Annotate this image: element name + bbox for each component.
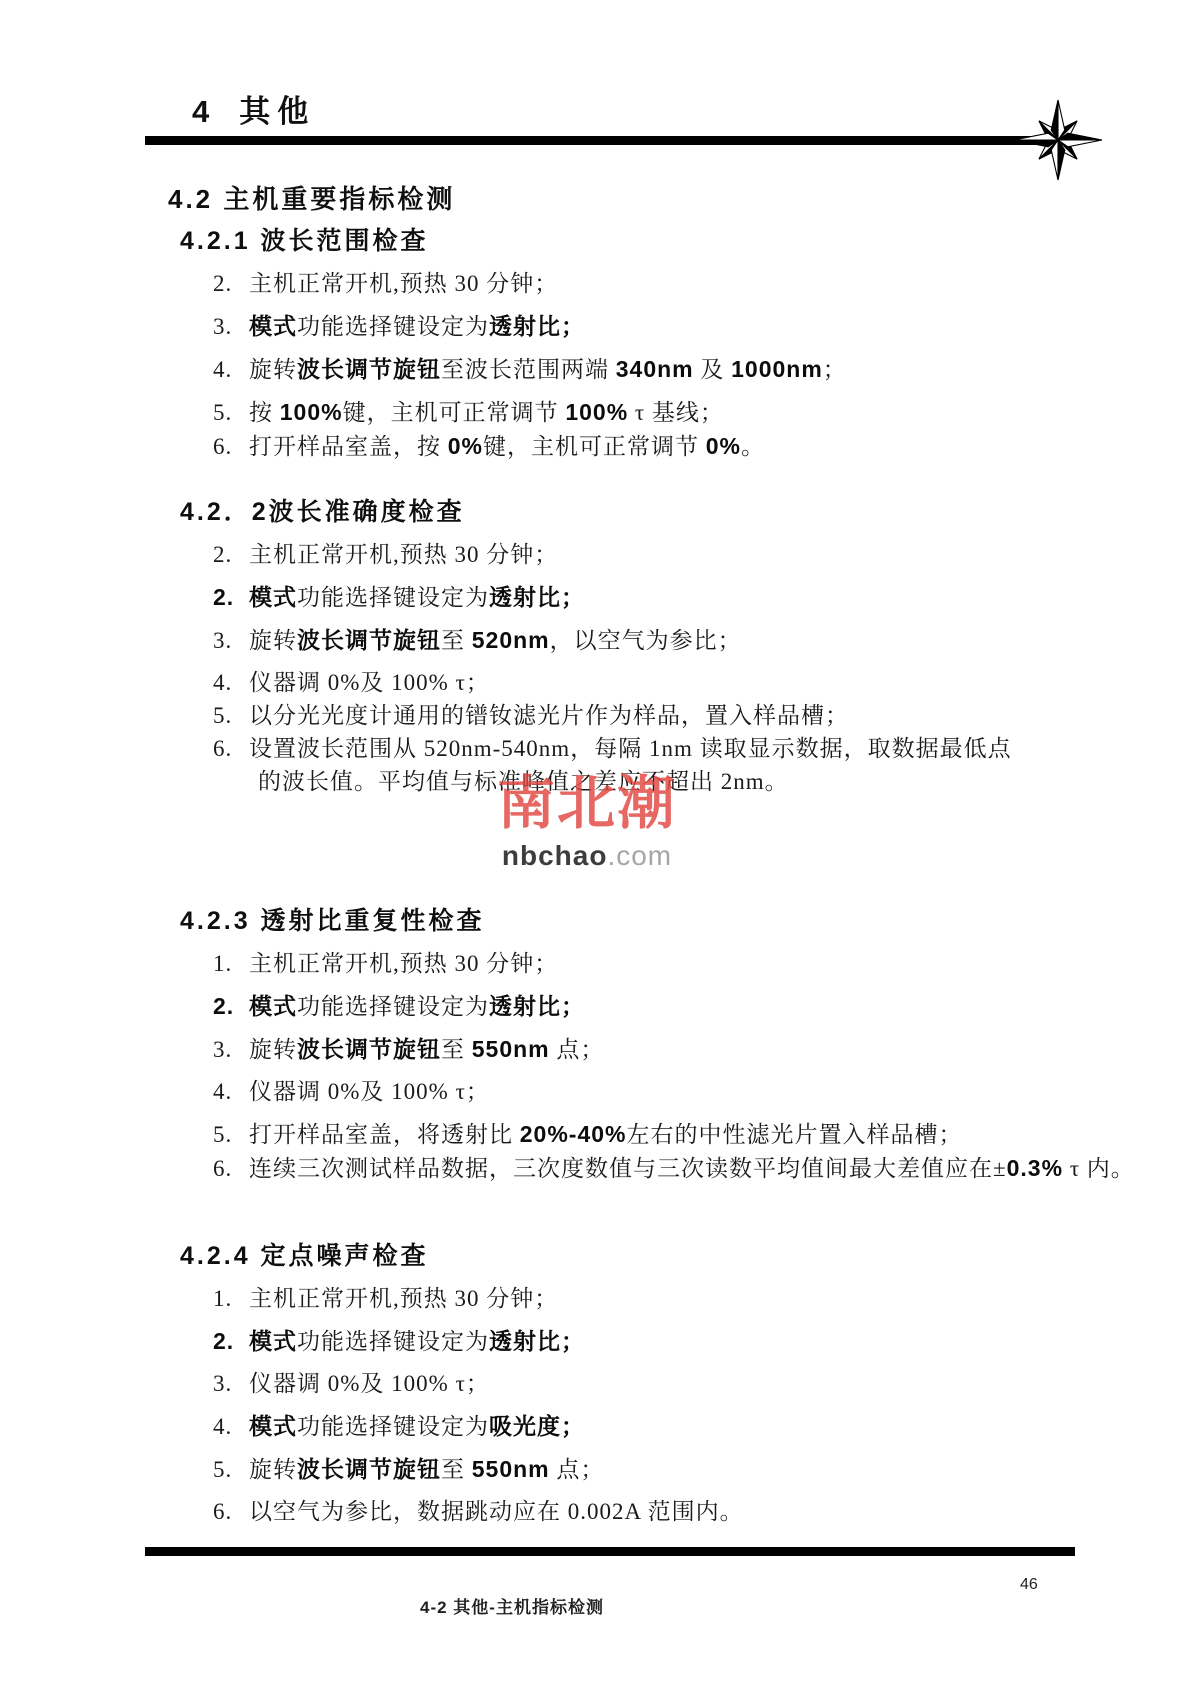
emphasized-text: 模式 [249, 313, 297, 339]
list-item: 2.主机正常开机,预热 30 分钟； [213, 269, 1200, 299]
list-item: 2.模式功能选择键设定为透射比； [213, 991, 1200, 1022]
body-text: 仪器调 0%及 100% τ； [249, 1079, 490, 1104]
emphasized-text: 100% [565, 399, 628, 425]
list-item: 3.旋转波长调节旋钮至 550nm 点； [213, 1034, 1200, 1065]
emphasized-text: 吸光度； [489, 1413, 585, 1439]
emphasized-text: 340nm [616, 356, 694, 382]
emphasized-text: 550nm [472, 1456, 550, 1482]
list-item: 2.模式功能选择键设定为透射比； [213, 582, 1200, 613]
chapter-number: 4 [192, 94, 211, 129]
section-heading: 4.2.3 透射比重复性检查 [180, 905, 1200, 937]
list-item: 3.仪器调 0%及 100% τ； [213, 1369, 1200, 1399]
list-item-number: 6. [213, 1497, 240, 1527]
list-item-number: 4. [213, 668, 240, 698]
list-item: 1.主机正常开机,预热 30 分钟； [213, 1284, 1200, 1314]
body-text: 连续三次测试样品数据，三次度数值与三次读数平均值间最大差值应在± [249, 1156, 1007, 1181]
list-item: 5.以分光光度计通用的镨钕滤光片作为样品，置入样品槽； [213, 701, 1200, 731]
body-text: 以空气为参比，数据跳动应在 0.002A 范围内。 [249, 1499, 744, 1524]
emphasized-text: 波长调节旋钮 [297, 627, 441, 653]
body-text: 键，主机可正常调节 [483, 434, 706, 459]
emphasized-text: 透射比； [489, 1328, 585, 1354]
list-item-number: 3. [213, 1369, 240, 1399]
body-text: 旋转 [249, 628, 297, 653]
list-item-continuation: 的波长值。平均值与标准峰值之差应不超出 2nm。 [258, 767, 1200, 797]
list-item-number: 3. [213, 312, 240, 342]
body-text: 至波长范围两端 [441, 357, 616, 382]
emphasized-text: 模式 [249, 1413, 297, 1439]
emphasized-text: 模式 [249, 993, 297, 1019]
list-item: 6.连续三次测试样品数据，三次度数值与三次读数平均值间最大差值应在±0.3% τ… [213, 1153, 1200, 1184]
emphasized-text: 20%-40% [520, 1121, 627, 1147]
body-text: 及 [694, 357, 732, 382]
header-rule [145, 136, 1045, 145]
list-item: 1.主机正常开机,预热 30 分钟； [213, 949, 1200, 979]
list-item: 3.旋转波长调节旋钮至 520nm，以空气为参比； [213, 625, 1200, 656]
body-text: 功能选择键设定为 [297, 1329, 489, 1354]
list-item-number: 4. [213, 1077, 240, 1107]
body-text: 至 [441, 628, 472, 653]
body-text: 点； [550, 1037, 605, 1062]
list-item: 4.模式功能选择键设定为吸光度； [213, 1411, 1200, 1442]
list-item: 5.按 100%键，主机可正常调节 100% τ 基线； [213, 397, 1200, 428]
chapter-title: 其他 [239, 94, 315, 129]
list-item-number: 2. [213, 991, 240, 1021]
emphasized-text: 520nm [472, 627, 550, 653]
list-item-number: 5. [213, 398, 240, 428]
body-text: τ 内。 [1063, 1156, 1135, 1181]
body-text: 旋转 [249, 357, 297, 382]
body-text: 主机正常开机,预热 30 分钟； [249, 271, 558, 296]
list-item: 4.仪器调 0%及 100% τ； [213, 1077, 1200, 1107]
list-item-number: 1. [213, 1284, 240, 1314]
body-text: 打开样品室盖，按 [249, 434, 448, 459]
body-text: 以分光光度计通用的镨钕滤光片作为样品，置入样品槽； [249, 703, 849, 728]
step-list: 2.主机正常开机,预热 30 分钟；2.模式功能选择键设定为透射比；3.旋转波长… [0, 540, 1200, 797]
emphasized-text: 0% [706, 433, 741, 459]
list-item-number: 2. [213, 582, 240, 612]
list-item: 5.打开样品室盖，将透射比 20%-40%左右的中性滤光片置入样品槽； [213, 1119, 1200, 1150]
step-list: 1.主机正常开机,预热 30 分钟；2.模式功能选择键设定为透射比；3.旋转波长… [0, 949, 1200, 1184]
body-text: 仪器调 0%及 100% τ； [249, 1371, 490, 1396]
chapter-heading: 4其他 [192, 86, 315, 131]
list-item: 6.打开样品室盖，按 0%键，主机可正常调节 0%。 [213, 431, 1200, 462]
body-text: 功能选择键设定为 [297, 994, 489, 1019]
emphasized-text: 透射比； [489, 993, 585, 1019]
step-list: 1.主机正常开机,预热 30 分钟；2.模式功能选择键设定为透射比；3.仪器调 … [0, 1284, 1200, 1527]
list-item-number: 3. [213, 1035, 240, 1065]
list-item: 4.旋转波长调节旋钮至波长范围两端 340nm 及 1000nm； [213, 354, 1200, 385]
emphasized-text: 模式 [249, 1328, 297, 1354]
list-item: 4.仪器调 0%及 100% τ； [213, 668, 1200, 698]
list-item-number: 6. [213, 1154, 240, 1184]
emphasized-text: 1000nm [731, 356, 823, 382]
list-item-number: 5. [213, 1455, 240, 1485]
list-item-number: 6. [213, 734, 240, 764]
emphasized-text: 0% [448, 433, 483, 459]
body-text: τ 基线； [628, 400, 724, 425]
page-number: 46 [1020, 1576, 1038, 1594]
footer-rule [145, 1547, 1075, 1556]
body-text: 至 [441, 1457, 472, 1482]
list-item-number: 2. [213, 1326, 240, 1356]
list-item: 3.模式功能选择键设定为透射比； [213, 311, 1200, 342]
list-item-number: 1. [213, 949, 240, 979]
body-text: 按 [249, 400, 280, 425]
list-item: 6.以空气为参比，数据跳动应在 0.002A 范围内。 [213, 1497, 1200, 1527]
manual-page: { "header": { "chapter_no": "4", "chapte… [0, 0, 1200, 1697]
section-heading: 4.2.4 定点噪声检查 [180, 1240, 1200, 1272]
body-text: 主机正常开机,预热 30 分钟； [249, 542, 558, 567]
body-text: 旋转 [249, 1037, 297, 1062]
list-item-number: 4. [213, 1412, 240, 1442]
list-item: 2.主机正常开机,预热 30 分钟； [213, 540, 1200, 570]
list-item-number: 6. [213, 432, 240, 462]
section-heading: 4.2 主机重要指标检测 [168, 183, 1200, 215]
body-text: 功能选择键设定为 [297, 1414, 489, 1439]
body-text: 点； [550, 1457, 605, 1482]
list-item-number: 5. [213, 701, 240, 731]
body-text: 的波长值。平均值与标准峰值之差应不超出 2nm。 [258, 769, 789, 794]
list-item-number: 2. [213, 269, 240, 299]
body-text: 功能选择键设定为 [297, 585, 489, 610]
list-item: 5.旋转波长调节旋钮至 550nm 点； [213, 1454, 1200, 1485]
list-item-number: 5. [213, 1120, 240, 1150]
list-item: 6.设置波长范围从 520nm-540nm，每隔 1nm 读取显示数据，取数据最… [213, 734, 1200, 764]
body-text: 左右的中性滤光片置入样品槽； [626, 1122, 962, 1147]
document-body: 4.2 主机重要指标检测4.2.1 波长范围检查2.主机正常开机,预热 30 分… [0, 183, 1200, 1539]
list-item: 2.模式功能选择键设定为透射比； [213, 1326, 1200, 1357]
emphasized-text: 透射比； [489, 313, 585, 339]
list-item-number: 2. [213, 540, 240, 570]
body-text: ，以空气为参比； [550, 628, 742, 653]
body-text: 键，主机可正常调节 [343, 400, 566, 425]
emphasized-text: 波长调节旋钮 [297, 356, 441, 382]
compass-rose-icon [1008, 90, 1108, 190]
body-text: ； [823, 357, 847, 382]
emphasized-text: 透射比； [489, 584, 585, 610]
body-text: 至 [441, 1037, 472, 1062]
step-list: 2.主机正常开机,预热 30 分钟；3.模式功能选择键设定为透射比；4.旋转波长… [0, 269, 1200, 462]
emphasized-text: 550nm [472, 1036, 550, 1062]
emphasized-text: 波长调节旋钮 [297, 1036, 441, 1062]
body-text: 主机正常开机,预热 30 分钟； [249, 1286, 558, 1311]
footer-label: 4-2 其他-主机指标检测 [420, 1593, 604, 1618]
body-text: 旋转 [249, 1457, 297, 1482]
body-text: 设置波长范围从 520nm-540nm，每隔 1nm 读取显示数据，取数据最低点 [249, 736, 1012, 761]
emphasized-text: 100% [280, 399, 343, 425]
section-heading: 4.2．2波长准确度检查 [180, 496, 1200, 528]
body-text: 功能选择键设定为 [297, 314, 489, 339]
section-heading: 4.2.1 波长范围检查 [180, 225, 1200, 257]
list-item-number: 4. [213, 355, 240, 385]
emphasized-text: 0.3% [1007, 1155, 1063, 1181]
emphasized-text: 模式 [249, 584, 297, 610]
body-text: 仪器调 0%及 100% τ； [249, 670, 490, 695]
body-text: 主机正常开机,预热 30 分钟； [249, 951, 558, 976]
body-text: 。 [741, 434, 765, 459]
list-item-number: 3. [213, 626, 240, 656]
emphasized-text: 波长调节旋钮 [297, 1456, 441, 1482]
body-text: 打开样品室盖，将透射比 [249, 1122, 520, 1147]
